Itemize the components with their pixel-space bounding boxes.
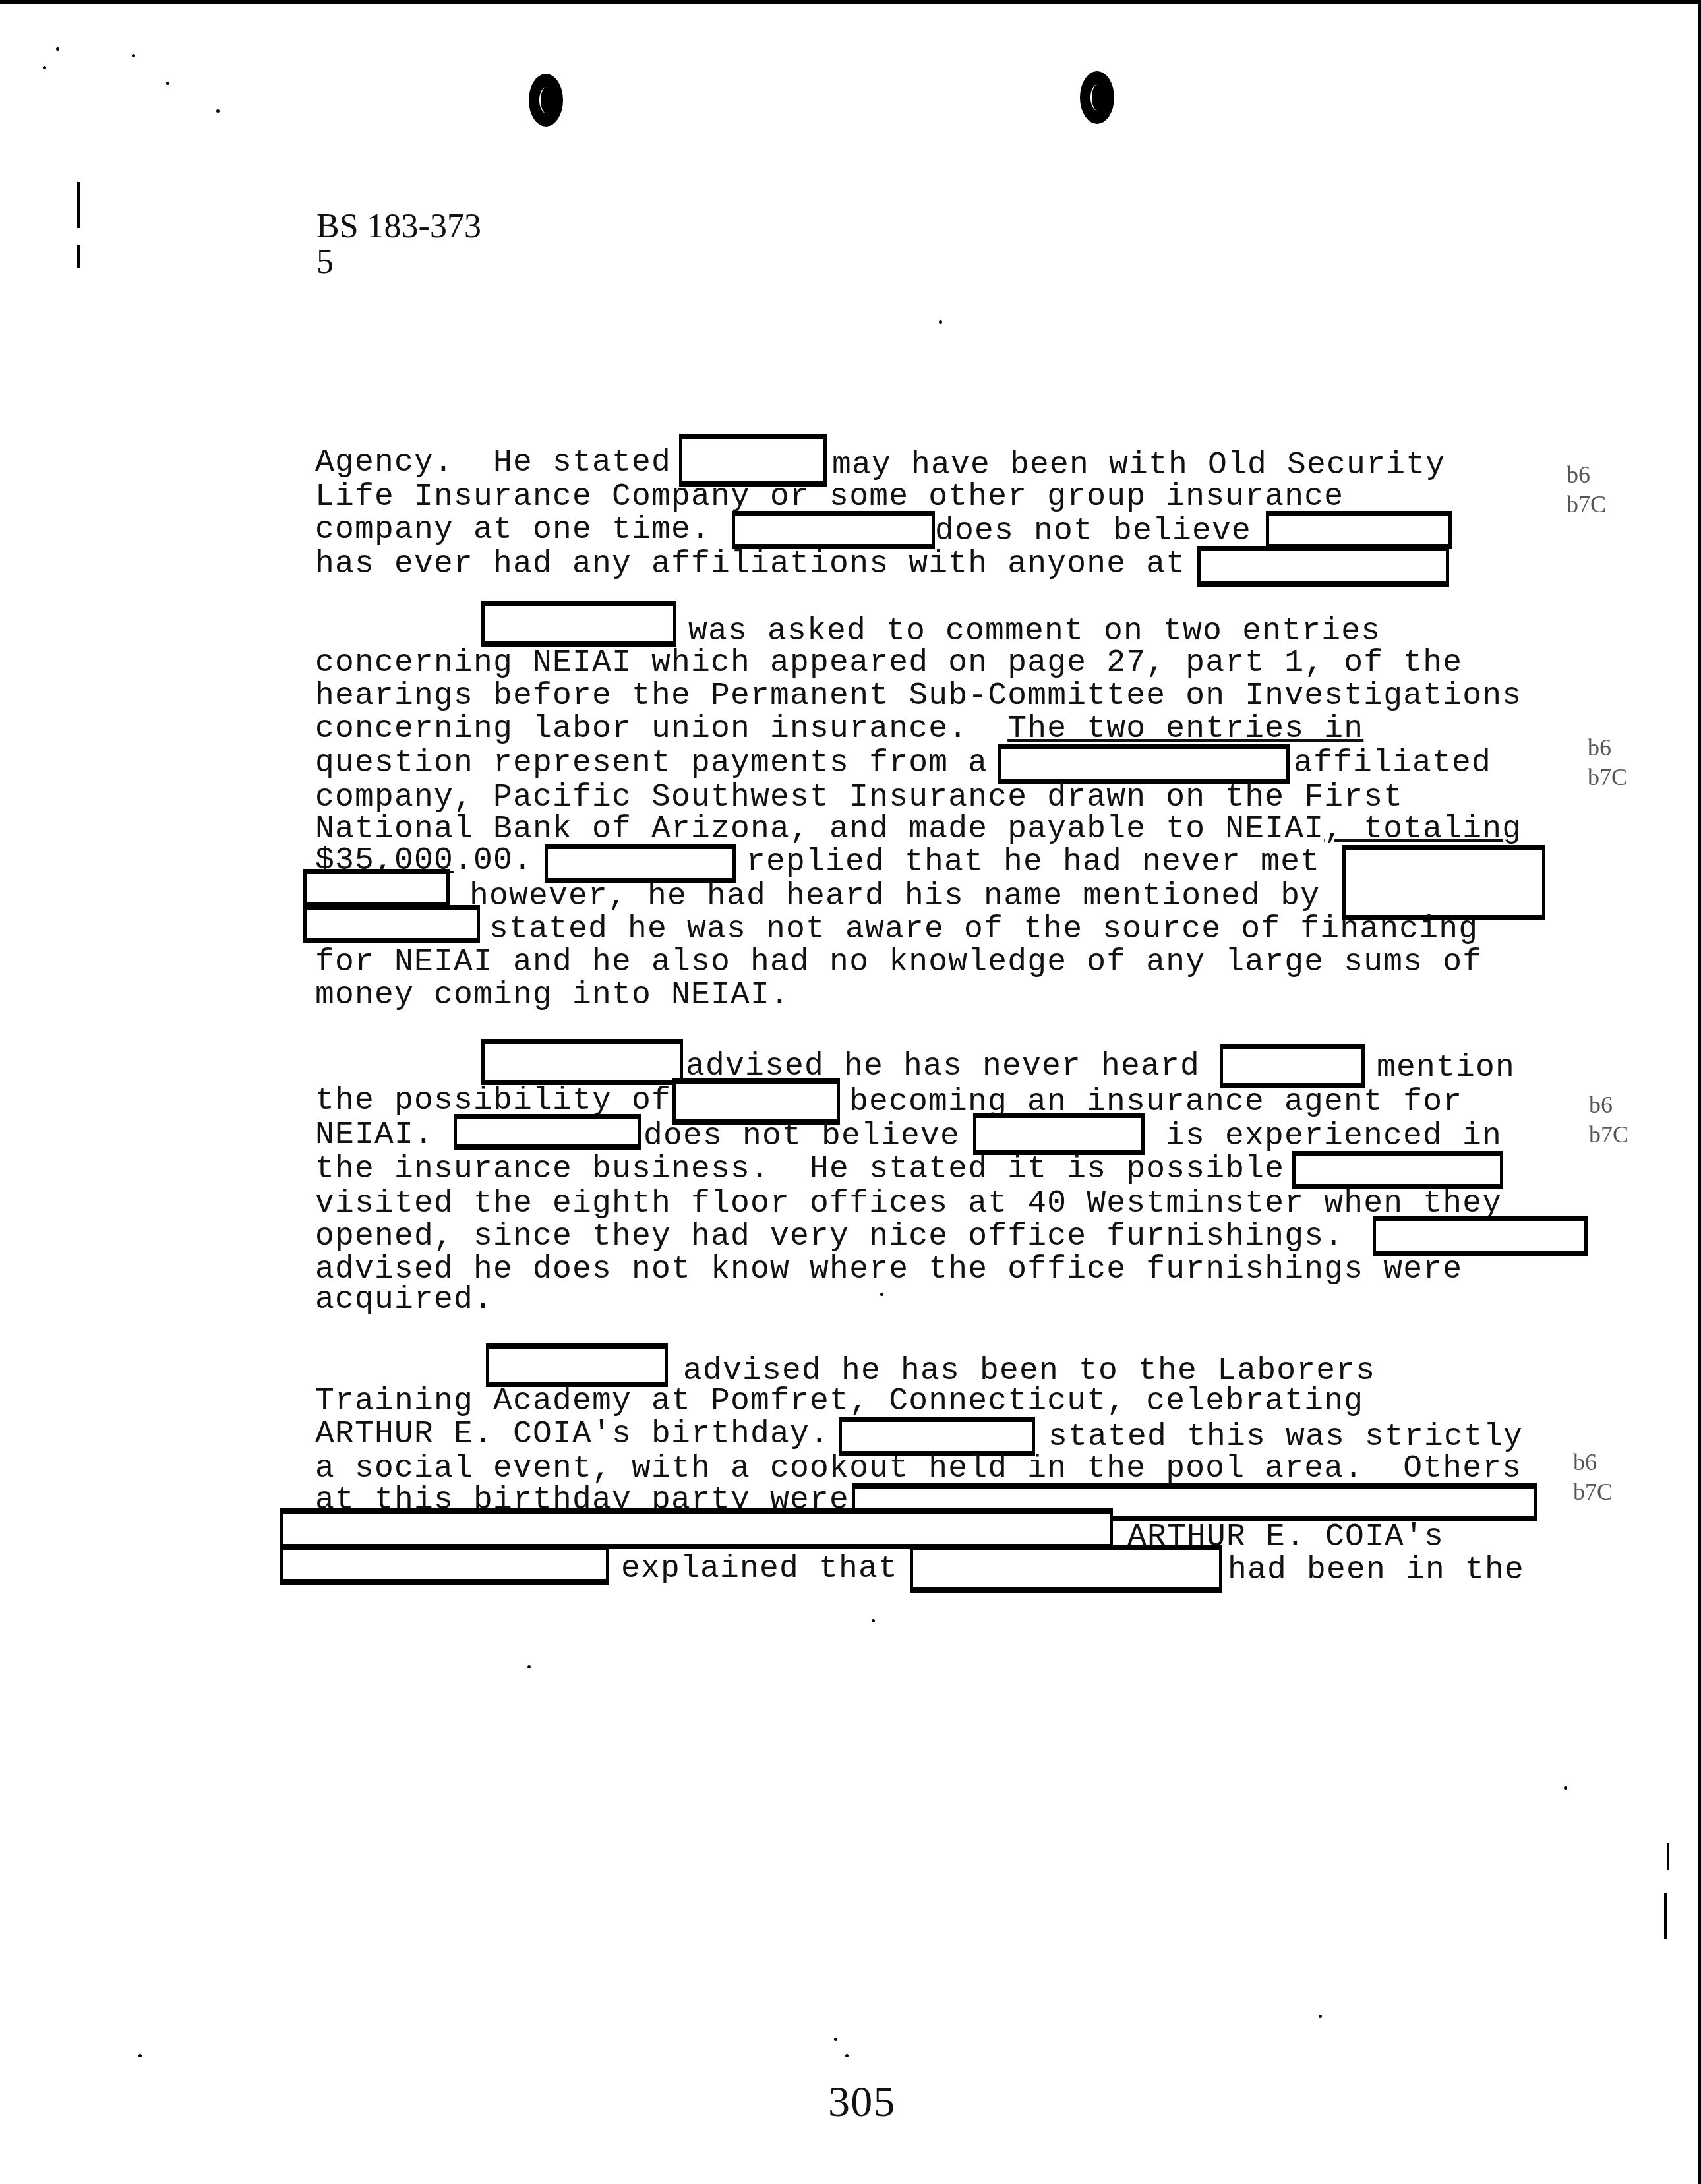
redaction-box (481, 601, 676, 647)
body-text: opened, since they had very nice office … (315, 1221, 1344, 1253)
body-text: is experienced in (1166, 1121, 1502, 1152)
scan-speck (880, 1293, 883, 1296)
body-text: Training Academy at Pomfret, Connecticut… (315, 1386, 1363, 1417)
body-text: had been in the (1228, 1554, 1524, 1586)
scan-speck (939, 320, 942, 324)
body-text: for NEIAI and he also had no knowledge o… (315, 947, 1482, 978)
margin-mark (1667, 1843, 1669, 1870)
body-text: the possibility of (315, 1085, 671, 1117)
scan-speck (1319, 2015, 1322, 2018)
scan-speck (56, 47, 59, 51)
redaction-box (303, 905, 480, 943)
scan-speck (845, 2054, 849, 2057)
exemption-codes: b6 b7C (1588, 733, 1627, 792)
body-text: NEIAI. (315, 1119, 434, 1151)
body-text: mention (1377, 1052, 1515, 1084)
scan-speck (132, 54, 135, 57)
redaction-box (454, 1114, 641, 1150)
scan-speck (138, 2054, 142, 2057)
body-text: was asked to comment on two entries (688, 616, 1381, 647)
redaction-box (486, 1343, 668, 1387)
margin-mark (77, 245, 80, 268)
exemption-codes: b6 b7C (1573, 1448, 1613, 1507)
redaction-box (1373, 1216, 1588, 1256)
body-text: the insurance business. He stated it is … (315, 1154, 1284, 1185)
redaction-box (839, 1417, 1035, 1456)
redaction-box (998, 744, 1290, 784)
redaction-box (545, 844, 736, 883)
body-text: acquired. (315, 1284, 493, 1316)
body-text: a social event, with a cookout held in t… (315, 1453, 1522, 1485)
scan-speck (834, 2038, 837, 2041)
body-text: becoming an insurance agent for (849, 1086, 1462, 1118)
redaction-box (1342, 845, 1545, 920)
scan-speck (527, 1665, 531, 1668)
body-text: may have been with Old Security (832, 450, 1445, 481)
body-text: visited the eighth floor offices at 40 W… (315, 1188, 1502, 1220)
scan-speck (872, 1619, 875, 1622)
body-text: advised he has been to the Laborers (683, 1355, 1375, 1387)
body-text: money coming into NEIAI. (315, 980, 790, 1011)
scan-speck (43, 66, 46, 69)
body-text: stated this was strictly (1048, 1421, 1523, 1453)
body-text: concerning labor union insurance. The tw… (315, 713, 1363, 745)
document-page: BS 183-373 5 b6 b7C b6 b7C b6 b7C b6 b7C… (0, 0, 1701, 2184)
redaction-box (732, 511, 935, 549)
body-text: advised he has never heard (686, 1051, 1200, 1082)
body-text: does not believe (643, 1121, 960, 1152)
redaction-box (679, 434, 827, 487)
body-text: does not believe (935, 516, 1251, 547)
body-text: affiliated (1294, 748, 1491, 779)
body-text: ARTHUR E. COIA's birthday. (315, 1419, 829, 1450)
page-index: 5 (316, 245, 334, 280)
redaction-box (1220, 1044, 1365, 1088)
exemption-codes: b6 b7C (1589, 1090, 1628, 1150)
redaction-box (1292, 1151, 1503, 1189)
redaction-box (280, 1545, 609, 1585)
body-text: Life Insurance Company or some other gro… (315, 481, 1344, 513)
redaction-box (1197, 546, 1449, 587)
body-text: however, he had heard his name mentioned… (469, 881, 1320, 912)
scan-speck (1564, 1786, 1567, 1790)
redaction-box (672, 1078, 840, 1125)
body-text: has ever had any affiliations with anyon… (315, 548, 1185, 580)
page-stamp-number: 305 (828, 2081, 896, 2124)
body-text: company at one time. (315, 514, 711, 546)
scan-speck (216, 109, 220, 113)
scan-speck (166, 82, 169, 85)
body-text: concerning NEIAI which appeared on page … (315, 647, 1462, 679)
body-text: question represent payments from a (315, 748, 988, 779)
body-text: company, Pacific Southwest Insurance dra… (315, 782, 1403, 813)
body-text: Agency. He stated (315, 447, 671, 479)
redaction-box (910, 1545, 1222, 1593)
body-text: replied that he had never met (746, 846, 1320, 878)
body-text: National Bank of Arizona, and made payab… (315, 813, 1522, 845)
punch-hole-right (1080, 71, 1114, 124)
exemption-codes: b6 b7C (1567, 460, 1606, 519)
margin-mark (77, 182, 80, 228)
redaction-box (303, 869, 450, 907)
margin-mark (1664, 1893, 1667, 1939)
redaction-box (973, 1113, 1145, 1155)
body-text: advised he does not know where the offic… (315, 1254, 1462, 1285)
file-number: BS 183-373 (316, 210, 481, 244)
body-text: hearings before the Permanent Sub-Commit… (315, 680, 1522, 712)
redaction-box (1266, 511, 1452, 549)
punch-hole-left (529, 74, 563, 127)
redaction-box (481, 1039, 683, 1085)
body-text: stated he was not aware of the source of… (489, 914, 1478, 945)
redaction-box (280, 1508, 1113, 1549)
body-text: explained that (621, 1553, 898, 1585)
